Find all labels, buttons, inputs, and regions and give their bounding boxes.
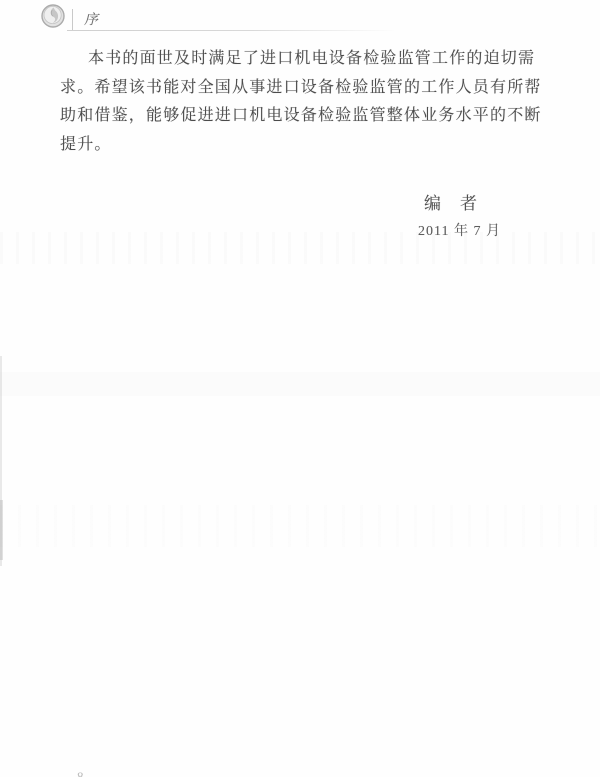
header-rule <box>67 30 397 31</box>
signature-date: 2011 年 7 月 <box>418 220 501 240</box>
paragraph-line: 求。希望该书能对全国从事进口设备检验监管的工作人员有所帮 <box>60 74 546 103</box>
paragraph-line: 本书的面世及时满足了进口机电设备检验监管工作的迫切需 <box>60 45 546 74</box>
chapter-title: 序 <box>84 9 99 29</box>
scanned-book-page: 序 本书的面世及时满足了进口机电设备检验监管工作的迫切需 求。希望该书能对全国从… <box>0 0 600 777</box>
publisher-seal-icon <box>41 4 65 28</box>
scan-edge-mark <box>0 500 3 560</box>
author-signature: 编 者 <box>424 189 478 214</box>
page-number: 8 <box>77 769 84 777</box>
scan-edge-mark <box>0 356 2 566</box>
scan-artifact-band <box>0 232 600 264</box>
paragraph-line: 助和借鉴，能够促进进口机电设备检验监管整体业务水平的不断 <box>60 102 546 131</box>
scan-artifact-band <box>0 372 600 396</box>
header-divider <box>72 9 73 30</box>
paragraph-line: 提升。 <box>60 131 546 160</box>
scan-artifact-band <box>0 505 600 547</box>
preface-paragraph: 本书的面世及时满足了进口机电设备检验监管工作的迫切需 求。希望该书能对全国从事进… <box>60 45 546 159</box>
